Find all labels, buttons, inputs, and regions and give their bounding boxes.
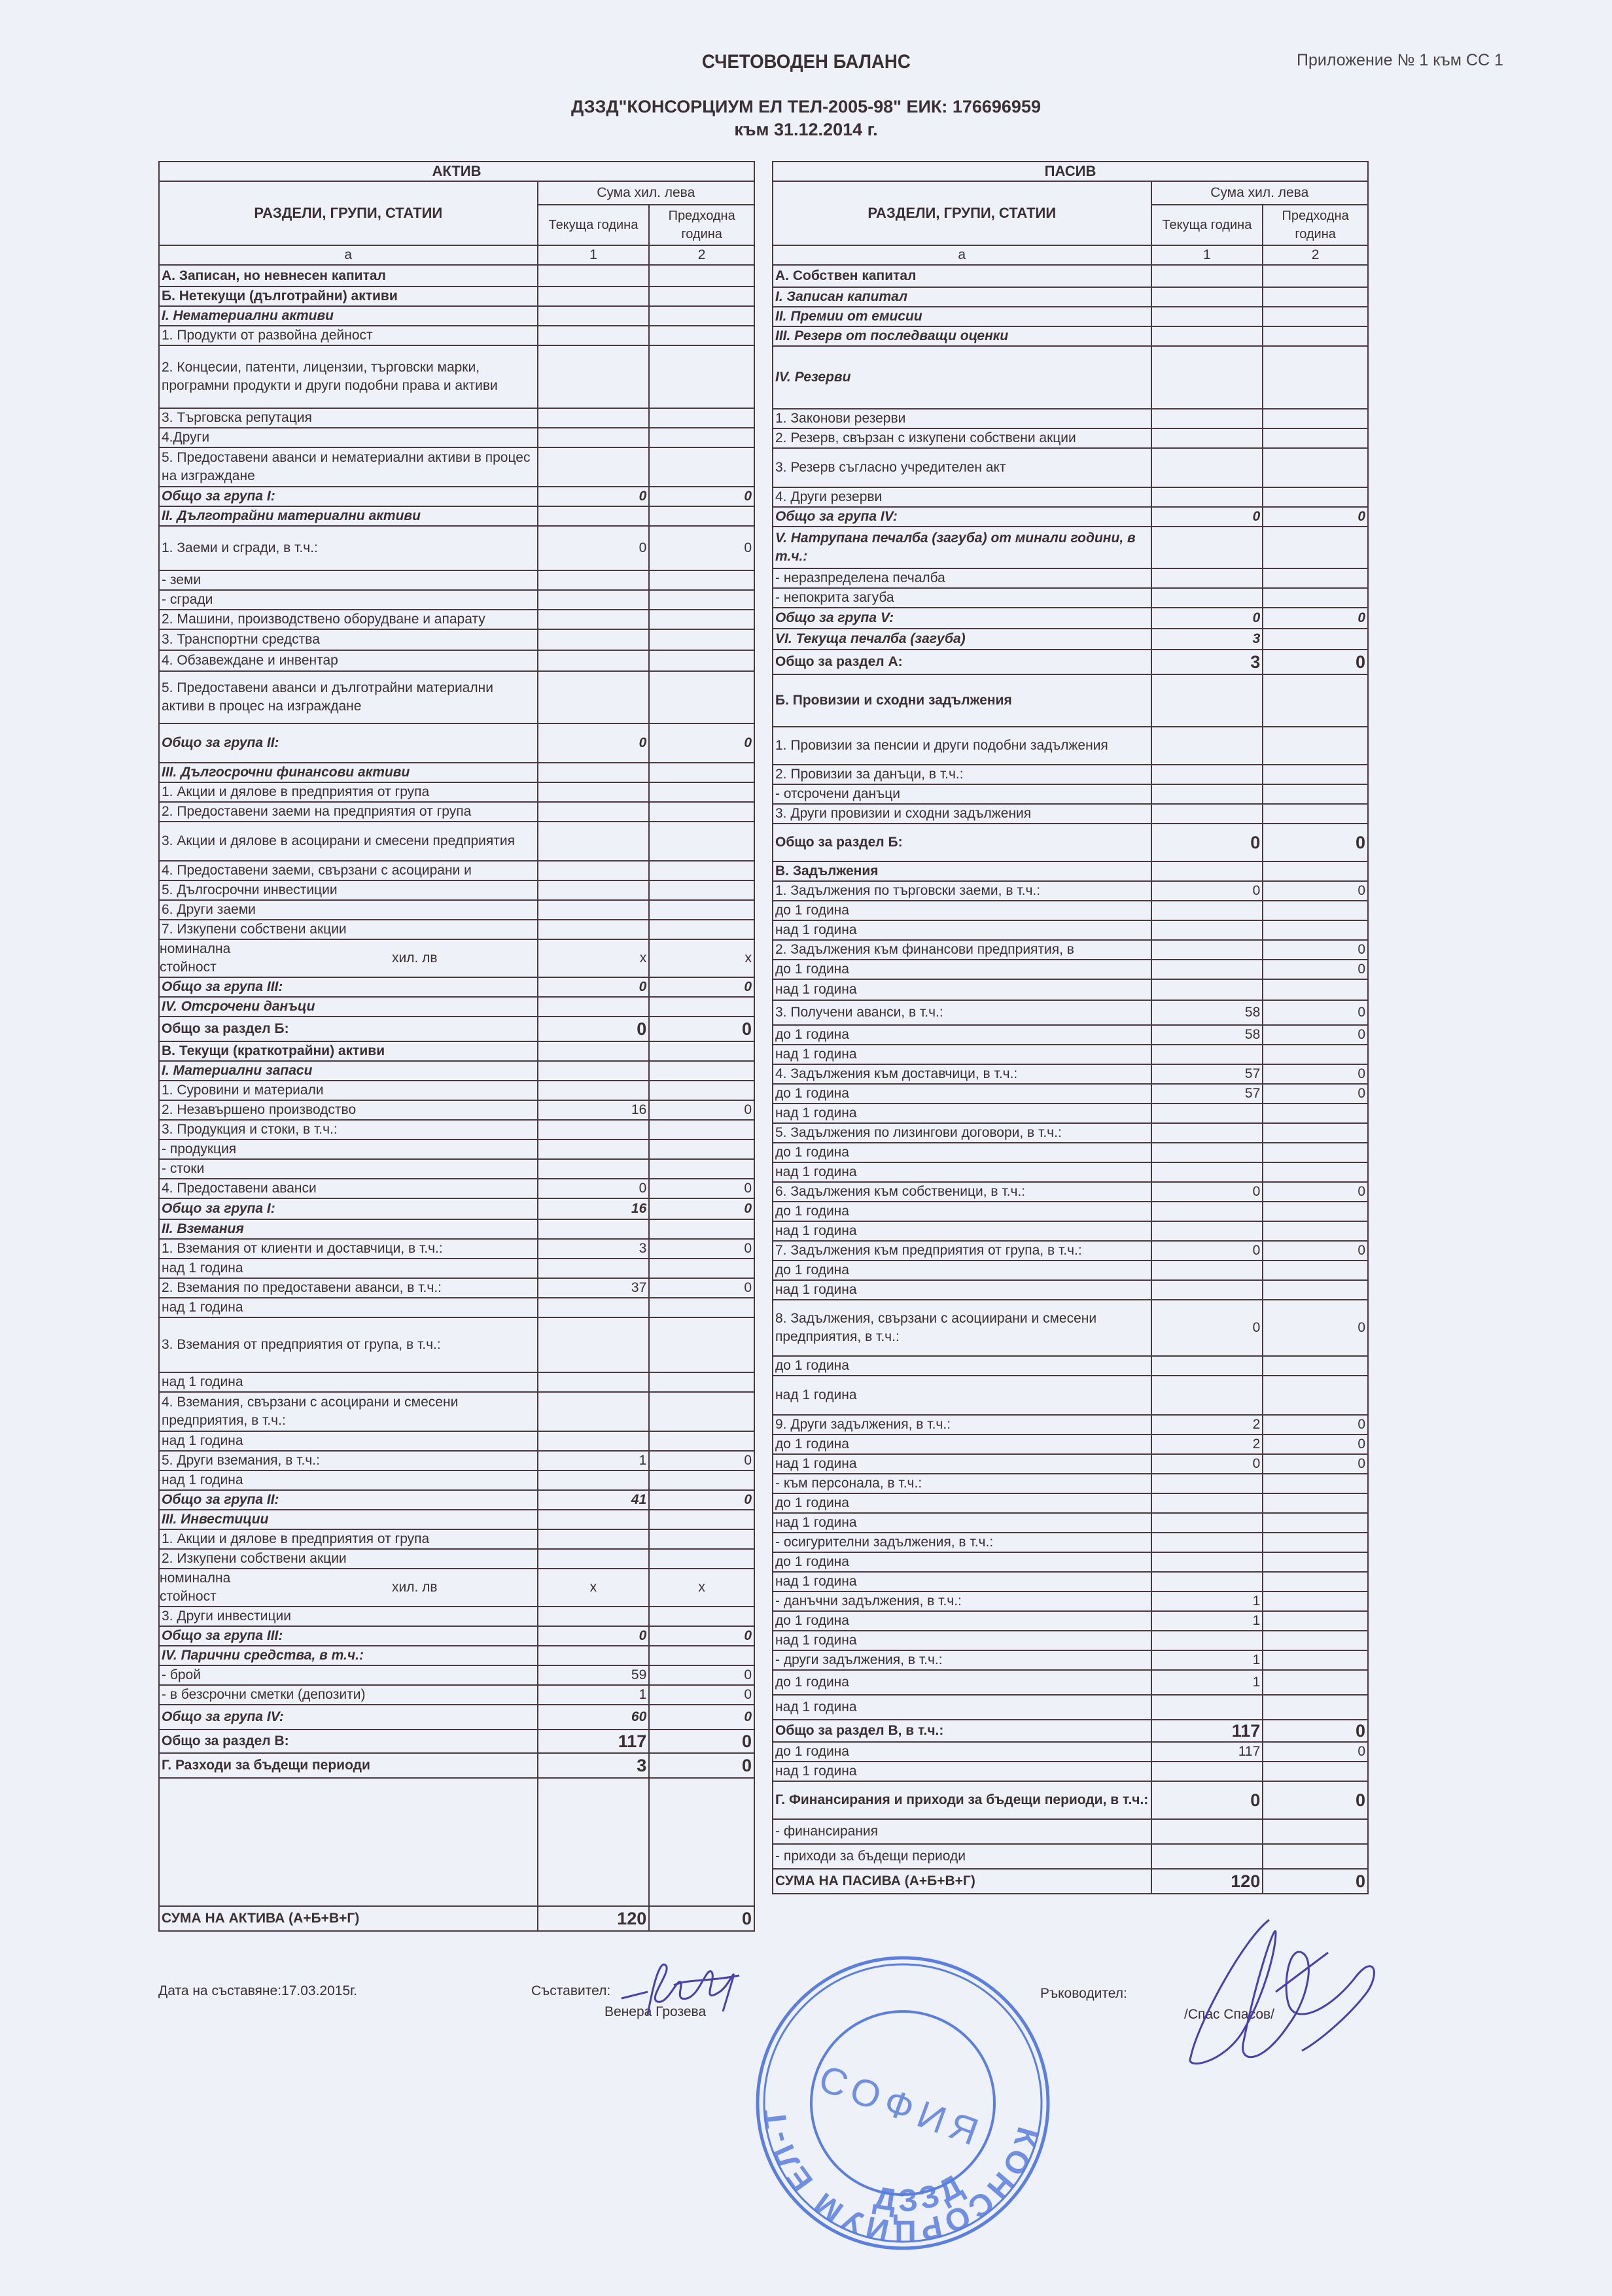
table-row: над 1 година — [159, 1470, 754, 1490]
current-year-value — [1151, 1631, 1263, 1650]
row-label: 6. Други заеми — [159, 900, 538, 920]
row-label: 2. Концесии, патенти, лицензии, търговск… — [159, 345, 538, 408]
current-year-value — [538, 610, 650, 629]
row-label: Общо за раздел Б: — [773, 824, 1151, 861]
table-row: Общо за група II:00 — [159, 723, 754, 763]
row-label: СУМА НА АКТИВА (А+Б+В+Г) — [159, 1906, 538, 1931]
row-label: II. Вземания — [159, 1219, 538, 1239]
table-row: 1. Вземания от клиенти и доставчици, в т… — [159, 1239, 754, 1259]
row-label: 4. Задължения към доставчици, в т.ч.: — [773, 1064, 1151, 1084]
current-year-value — [1151, 1474, 1263, 1493]
table-row: до 1 година — [773, 901, 1368, 920]
row-label: Б. Провизии и сходни задължения — [773, 674, 1151, 727]
row-label: - отсрочени данъци — [773, 784, 1151, 804]
current-year-value — [538, 1549, 650, 1569]
current-year-value: 0 — [1151, 824, 1263, 861]
current-year-value — [1151, 804, 1263, 824]
previous-year-value — [649, 1646, 754, 1665]
row-label: III. Инвестиции — [159, 1510, 538, 1529]
table-row: над 1 година — [773, 1221, 1368, 1241]
row-label: IV. Резерви — [773, 346, 1151, 409]
current-year-value — [538, 428, 650, 447]
current-year-value — [1151, 409, 1263, 428]
row-label: над 1 година — [773, 1513, 1151, 1533]
table-row: до 1 година — [773, 1143, 1368, 1162]
current-year-value — [538, 1392, 650, 1431]
row-label: - приходи за бъдещи периоди — [773, 1844, 1151, 1869]
row-label: 2. Машини, производствено оборудване и а… — [159, 610, 538, 629]
row-label: над 1 година — [773, 1572, 1151, 1592]
previous-year-value — [649, 1431, 754, 1451]
row-label: 4. Предоставени аванси — [159, 1179, 538, 1198]
row-label: 7. Задължения към предприятия от група, … — [773, 1241, 1151, 1261]
table-row: над 1 година — [773, 1045, 1368, 1064]
assets-title: АКТИВ — [159, 162, 754, 181]
table-row: над 1 година — [773, 1376, 1368, 1415]
amount-header: Сума хил. лева — [1151, 181, 1368, 205]
previous-year-value — [649, 782, 754, 802]
table-row: 6. Други заеми — [159, 900, 754, 920]
row-label: до 1 година — [773, 1084, 1151, 1104]
previous-year-value: 0 — [1263, 608, 1368, 629]
previous-year-value: 0 — [1263, 1000, 1368, 1025]
row-label: 2. Провизии за данъци, в т.ч.: — [773, 765, 1151, 784]
table-row: до 1 година — [773, 1261, 1368, 1280]
current-year-value — [1151, 1261, 1263, 1280]
table-row: 2. Машини, производствено оборудване и а… — [159, 610, 754, 629]
current-year-value — [538, 861, 650, 880]
previous-year-value: 0 — [1263, 881, 1368, 901]
current-year-value — [1151, 784, 1263, 804]
current-year-value — [1151, 960, 1263, 979]
table-row: до 1 година1170 — [773, 1742, 1368, 1762]
previous-year-value — [649, 1549, 754, 1569]
current-year-value: 41 — [538, 1490, 650, 1510]
previous-year-value — [649, 1607, 754, 1626]
row-label: IV. Парични средства, в т.ч.: — [159, 1646, 538, 1665]
table-row: 1. Акции и дялове в предприятия от група — [159, 782, 754, 802]
current-year-header: Текуща година — [538, 205, 650, 245]
previous-year-value — [1263, 674, 1368, 727]
current-year-value — [1151, 674, 1263, 727]
row-label: Общо за раздел В, в т.ч.: — [773, 1720, 1151, 1742]
table-row: IV. Резерви — [773, 346, 1368, 409]
previous-year-value: 0 — [649, 526, 754, 570]
table-row: II. Премии от емисии — [773, 307, 1368, 326]
table-row: - други задължения, в т.ч.:1 — [773, 1650, 1368, 1670]
current-year-value — [538, 590, 650, 610]
row-label: Общо за група II: — [159, 1490, 538, 1510]
row-label: над 1 година — [773, 1631, 1151, 1650]
row-label: - неразпределена печалба — [773, 568, 1151, 588]
previous-year-value — [1263, 346, 1368, 409]
current-year-value — [538, 1431, 650, 1451]
row-label: IV. Отсрочени данъци — [159, 997, 538, 1017]
table-row: над 1 година — [773, 1572, 1368, 1592]
row-label: I. Материални запаси — [159, 1061, 538, 1081]
previous-year-value: 0 — [1263, 1435, 1368, 1454]
previous-year-value — [1263, 1376, 1368, 1415]
current-year-value: 0 — [1151, 881, 1263, 901]
row-label: до 1 година — [773, 1435, 1151, 1454]
row-label: Б. Нетекущи (дълготрайни) активи — [159, 287, 538, 306]
current-year-value: 0 — [1151, 1241, 1263, 1261]
row-label: над 1 година — [773, 1695, 1151, 1720]
table-row: IV. Парични средства, в т.ч.: — [159, 1646, 754, 1665]
previous-year-value — [649, 610, 754, 629]
current-year-value — [538, 1646, 650, 1665]
row-label: 2. Незавършено производство — [159, 1100, 538, 1120]
current-year-value — [538, 997, 650, 1017]
row-label: 5. Предоставени аванси и нематериални ак… — [159, 447, 538, 487]
row-label: 4. Вземания, свързани с асоцирани и смес… — [159, 1392, 538, 1431]
current-year-value: 57 — [1151, 1064, 1263, 1084]
previous-year-value — [1263, 588, 1368, 608]
table-row: до 1 година1 — [773, 1611, 1368, 1631]
table-row: до 1 година — [773, 1552, 1368, 1572]
table-row: А. Записан, но невнесен капитал — [159, 265, 754, 287]
row-label: Общо за група I: — [159, 1198, 538, 1219]
row-label: над 1 година — [773, 1162, 1151, 1182]
previous-year-value: 0 — [649, 1017, 754, 1041]
current-year-value: x — [538, 939, 650, 977]
current-year-value — [1151, 1104, 1263, 1123]
table-row: 3. Резерв съгласно учредителен акт — [773, 448, 1368, 487]
previous-year-value — [649, 1510, 754, 1529]
row-label: - в безсрочни сметки (депозити) — [159, 1685, 538, 1705]
current-year-value — [538, 506, 650, 526]
row-label: над 1 година — [773, 1104, 1151, 1123]
current-year-value: 117 — [1151, 1742, 1263, 1762]
table-row: Общо за група I:00 — [159, 487, 754, 506]
current-year-value — [538, 629, 650, 650]
current-year-value — [1151, 1280, 1263, 1300]
current-year-value: 3 — [1151, 629, 1263, 650]
table-row: 5. Други вземания, в т.ч.:10 — [159, 1451, 754, 1470]
current-year-value: 1 — [1151, 1650, 1263, 1670]
row-label: 1. Провизии за пенсии и други подобни за… — [773, 727, 1151, 765]
previous-year-value — [1263, 568, 1368, 588]
previous-year-value — [649, 1259, 754, 1278]
current-year-value — [1151, 588, 1263, 608]
table-row: - земи — [159, 570, 754, 590]
current-year-value: 0 — [538, 1179, 650, 1198]
current-year-value — [538, 345, 650, 408]
row-label: до 1 година — [773, 1552, 1151, 1572]
previous-year-value: 0 — [649, 1906, 754, 1931]
row-label: Г. Разходи за бъдещи периоди — [159, 1753, 538, 1778]
previous-year-value — [649, 650, 754, 671]
current-year-value — [538, 265, 650, 287]
previous-year-value — [1263, 1143, 1368, 1162]
previous-year-value — [649, 1041, 754, 1061]
assets-table: АКТИВ РАЗДЕЛИ, ГРУПИ, СТАТИИ Сума хил. л… — [158, 161, 755, 1932]
current-year-value — [1151, 448, 1263, 487]
row-label: V. Натрупана печалба (загуба) от минали … — [773, 527, 1151, 568]
annex-label: Приложение № 1 към СС 1 — [1297, 51, 1503, 70]
current-year-value — [1151, 861, 1263, 881]
previous-year-value — [649, 629, 754, 650]
previous-year-value — [1263, 1631, 1368, 1650]
table-row: 9. Други задължения, в т.ч.:20 — [773, 1415, 1368, 1435]
current-year-value: 117 — [538, 1730, 650, 1753]
previous-year-value — [1263, 629, 1368, 650]
table-row: над 1 година — [773, 1631, 1368, 1650]
current-year-value — [538, 1120, 650, 1139]
row-label: 1. Акции и дялове в предприятия от група — [159, 782, 538, 802]
table-row: Общо за група II:410 — [159, 1490, 754, 1510]
table-row: СУМА НА АКТИВА (А+Б+В+Г)1200 — [159, 1906, 754, 1931]
previous-year-value — [1263, 1045, 1368, 1064]
table-row: над 1 година — [773, 920, 1368, 940]
table-row: 1. Заеми и сгради, в т.ч.:00 — [159, 526, 754, 570]
row-label: 3. Акции и дялове в асоцирани и смесени … — [159, 822, 538, 861]
table-row: номинална стойностхил. лвxx — [159, 1569, 754, 1607]
previous-year-value — [1263, 1162, 1368, 1182]
previous-year-value — [1263, 1592, 1368, 1611]
current-year-value: 0 — [538, 1017, 650, 1041]
table-row: 1. Акции и дялове в предприятия от група — [159, 1529, 754, 1549]
current-year-value — [1151, 1762, 1263, 1781]
nominal-value-field — [281, 940, 392, 977]
table-row: II. Вземания — [159, 1219, 754, 1239]
table-row: Общо за раздел В, в т.ч.:1170 — [773, 1720, 1368, 1742]
row-label: 3. Вземания от предприятия от група, в т… — [159, 1317, 538, 1372]
previous-year-value — [1263, 1533, 1368, 1552]
row-label: 1. Задължения по търговски заеми, в т.ч.… — [773, 881, 1151, 901]
table-row: I. Материални запаси — [159, 1061, 754, 1081]
row-label: 1. Заеми и сгради, в т.ч.: — [159, 526, 538, 570]
table-row: Общо за раздел В:1170 — [159, 1730, 754, 1753]
row-label: I. Нематериални активи — [159, 306, 538, 326]
previous-year-value — [1263, 1611, 1368, 1631]
table-row: номинална стойностхил. лвxx — [159, 939, 754, 977]
row-label: - данъчни задължения, в т.ч.: — [773, 1592, 1151, 1611]
table-row: В. Текущи (краткотрайни) активи — [159, 1041, 754, 1061]
row-label: до 1 година — [773, 1143, 1151, 1162]
current-year-value: 0 — [538, 487, 650, 506]
previous-year-value — [1263, 1221, 1368, 1241]
row-label: 4. Други резерви — [773, 487, 1151, 507]
table-row: - осигурителни задължения, в т.ч.: — [773, 1533, 1368, 1552]
previous-year-value: 0 — [1263, 960, 1368, 979]
previous-year-value — [1263, 765, 1368, 784]
table-row: над 1 година — [773, 1280, 1368, 1300]
current-year-value — [538, 802, 650, 822]
table-row: над 1 година — [773, 1695, 1368, 1720]
nominal-value-field — [281, 1569, 392, 1606]
previous-year-value — [649, 265, 754, 287]
table-row: Б. Провизии и сходни задължения — [773, 674, 1368, 727]
current-year-value — [1151, 1162, 1263, 1182]
table-row: IV. Отсрочени данъци — [159, 997, 754, 1017]
row-label: СУМА НА ПАСИВА (А+Б+В+Г) — [773, 1869, 1151, 1894]
company-line: ДЗЗД"КОНСОРЦИУМ ЕЛ ТЕЛ-2005-98" ЕИК: 176… — [0, 97, 1612, 117]
previous-year-value — [1263, 784, 1368, 804]
previous-year-value: 0 — [1263, 1182, 1368, 1202]
row-label: II. Дълготрайни материални активи — [159, 506, 538, 526]
row-label: 5. Задължения по лизингови договори, в т… — [773, 1123, 1151, 1143]
current-year-value: 0 — [538, 977, 650, 997]
current-year-value — [538, 822, 650, 861]
table-row: В. Задължения — [773, 861, 1368, 881]
table-row: 2. Незавършено производство160 — [159, 1100, 754, 1120]
previous-year-value — [649, 1081, 754, 1100]
table-row: 3. Други инвестиции — [159, 1607, 754, 1626]
current-year-value — [538, 1529, 650, 1549]
previous-year-value: 0 — [649, 487, 754, 506]
current-year-value — [1151, 1123, 1263, 1143]
previous-year-value — [649, 997, 754, 1017]
table-row: - отсрочени данъци — [773, 784, 1368, 804]
table-row: - неразпределена печалба — [773, 568, 1368, 588]
current-year-value: 16 — [538, 1198, 650, 1219]
previous-year-value — [1263, 428, 1368, 448]
previous-year-value — [649, 326, 754, 345]
current-year-value — [538, 326, 650, 345]
previous-year-value: 0 — [649, 1451, 754, 1470]
table-row: 7. Задължения към предприятия от група, … — [773, 1241, 1368, 1261]
table-row: Б. Нетекущи (дълготрайни) активи — [159, 287, 754, 306]
previous-year-value — [1263, 1650, 1368, 1670]
current-year-value — [538, 782, 650, 802]
previous-year-value — [1263, 901, 1368, 920]
table-row: над 1 година — [773, 1162, 1368, 1182]
previous-year-value: 0 — [649, 1705, 754, 1730]
previous-year-value — [649, 1470, 754, 1490]
previous-year-value: x — [649, 939, 754, 977]
current-year-value — [538, 920, 650, 939]
previous-year-value — [649, 822, 754, 861]
table-row: 2. Резерв, свързан с изкупени собствени … — [773, 428, 1368, 448]
table-row: над 1 година — [159, 1431, 754, 1451]
row-label: - продукция — [159, 1139, 538, 1159]
current-year-value — [1151, 487, 1263, 507]
table-row: Общо за група III:00 — [159, 1626, 754, 1646]
previous-year-value — [1263, 1572, 1368, 1592]
current-year-value: 1 — [538, 1685, 650, 1705]
previous-year-value — [1263, 307, 1368, 326]
previous-year-value: 0 — [1263, 1064, 1368, 1084]
liabilities-table: ПАСИВ РАЗДЕЛИ, ГРУПИ, СТАТИИ Сума хил. л… — [772, 161, 1369, 1894]
table-row: - към персонала, в т.ч.: — [773, 1474, 1368, 1493]
previous-year-value — [1263, 409, 1368, 428]
current-year-value: 1 — [1151, 1592, 1263, 1611]
previous-year-value — [649, 1120, 754, 1139]
current-year-value — [1151, 287, 1263, 307]
row-label: 3. Транспортни средства — [159, 629, 538, 650]
previous-year-value — [1263, 1844, 1368, 1869]
row-label: В. Задължения — [773, 861, 1151, 881]
current-year-value: 16 — [538, 1100, 650, 1120]
table-row: Общо за раздел Б:00 — [159, 1017, 754, 1041]
previous-year-value — [649, 428, 754, 447]
current-year-value: 0 — [538, 1626, 650, 1646]
row-label: - осигурителни задължения, в т.ч.: — [773, 1533, 1151, 1552]
table-row: 4. Вземания, свързани с асоцирани и смес… — [159, 1392, 754, 1431]
row-label: VI. Текуща печалба (загуба) — [773, 629, 1151, 650]
current-year-value: 3 — [1151, 650, 1263, 674]
previous-year-header: Предходна година — [1263, 205, 1368, 245]
table-row: Общо за раздел А:30 — [773, 650, 1368, 674]
row-label: до 1 година — [773, 1356, 1151, 1376]
table-row: 5. Задължения по лизингови договори, в т… — [773, 1123, 1368, 1143]
table-row: - брой590 — [159, 1665, 754, 1685]
row-label: над 1 година — [159, 1259, 538, 1278]
current-year-value — [1151, 1844, 1263, 1869]
previous-year-value: 0 — [649, 723, 754, 763]
table-row: до 1 година570 — [773, 1084, 1368, 1104]
row-label: 5. Други вземания, в т.ч.: — [159, 1451, 538, 1470]
row-label: Общо за група III: — [159, 1626, 538, 1646]
section-header: РАЗДЕЛИ, ГРУПИ, СТАТИИ — [159, 181, 538, 245]
row-label — [159, 1778, 538, 1906]
current-year-value — [1151, 346, 1263, 409]
row-label: Общо за група IV: — [773, 507, 1151, 527]
previous-year-value — [649, 306, 754, 326]
nominal-value-label: номинална стойност — [160, 1569, 281, 1606]
current-year-value: 120 — [1151, 1869, 1263, 1894]
col-2-label: 2 — [1263, 245, 1368, 265]
nominal-unit-label: хил. лв — [392, 940, 537, 977]
previous-year-value — [649, 1529, 754, 1549]
previous-year-value — [1263, 1123, 1368, 1143]
current-year-value — [538, 408, 650, 428]
table-row: 2. Предоставени заеми на предприятия от … — [159, 802, 754, 822]
current-year-value: 2 — [1151, 1415, 1263, 1435]
current-year-value — [538, 1778, 650, 1906]
current-year-value — [538, 1159, 650, 1179]
table-row: 2. Провизии за данъци, в т.ч.: — [773, 765, 1368, 784]
previous-year-value: 0 — [1263, 1454, 1368, 1474]
row-label: 2. Задължения към финансови предприятия,… — [773, 940, 1151, 960]
table-row: 3. Продукция и стоки, в т.ч.: — [159, 1120, 754, 1139]
table-row: 5. Дългосрочни инвестиции — [159, 880, 754, 900]
table-row: Общо за група I:160 — [159, 1198, 754, 1219]
table-row: 7. Изкупени собствени акции — [159, 920, 754, 939]
table-row: 4. Задължения към доставчици, в т.ч.:570 — [773, 1064, 1368, 1084]
row-label: Общо за група III: — [159, 977, 538, 997]
previous-year-value — [1263, 1261, 1368, 1280]
table-row: Общо за раздел Б:00 — [773, 824, 1368, 861]
table-row: А. Собствен капитал — [773, 265, 1368, 287]
current-year-value — [1151, 1143, 1263, 1162]
current-year-value — [538, 1510, 650, 1529]
current-year-value: 117 — [1151, 1720, 1263, 1742]
current-year-value: 120 — [538, 1906, 650, 1931]
previous-year-value — [1263, 287, 1368, 307]
row-label: 2. Резерв, свързан с изкупени собствени … — [773, 428, 1151, 448]
row-label: до 1 година — [773, 1742, 1151, 1762]
previous-year-value — [1263, 1202, 1368, 1221]
table-row: 8. Задължения, свързани с асоциирани и с… — [773, 1300, 1368, 1356]
table-row: над 1 година — [773, 1104, 1368, 1123]
current-year-value: 0 — [1151, 1454, 1263, 1474]
table-row: 2. Задължения към финансови предприятия,… — [773, 940, 1368, 960]
current-year-value: 3 — [538, 1753, 650, 1778]
row-label: над 1 година — [159, 1372, 538, 1392]
table-row: I. Нематериални активи — [159, 306, 754, 326]
table-row: 1. Задължения по търговски заеми, в т.ч.… — [773, 881, 1368, 901]
previous-year-value — [1263, 1493, 1368, 1513]
previous-year-value — [649, 880, 754, 900]
row-label: 1. Продукти от развойна дейност — [159, 326, 538, 345]
current-year-value — [1151, 1695, 1263, 1720]
row-label: до 1 година — [773, 1025, 1151, 1045]
current-year-value: 0 — [538, 526, 650, 570]
table-row: до 1 година0 — [773, 960, 1368, 979]
previous-year-value — [649, 1372, 754, 1392]
